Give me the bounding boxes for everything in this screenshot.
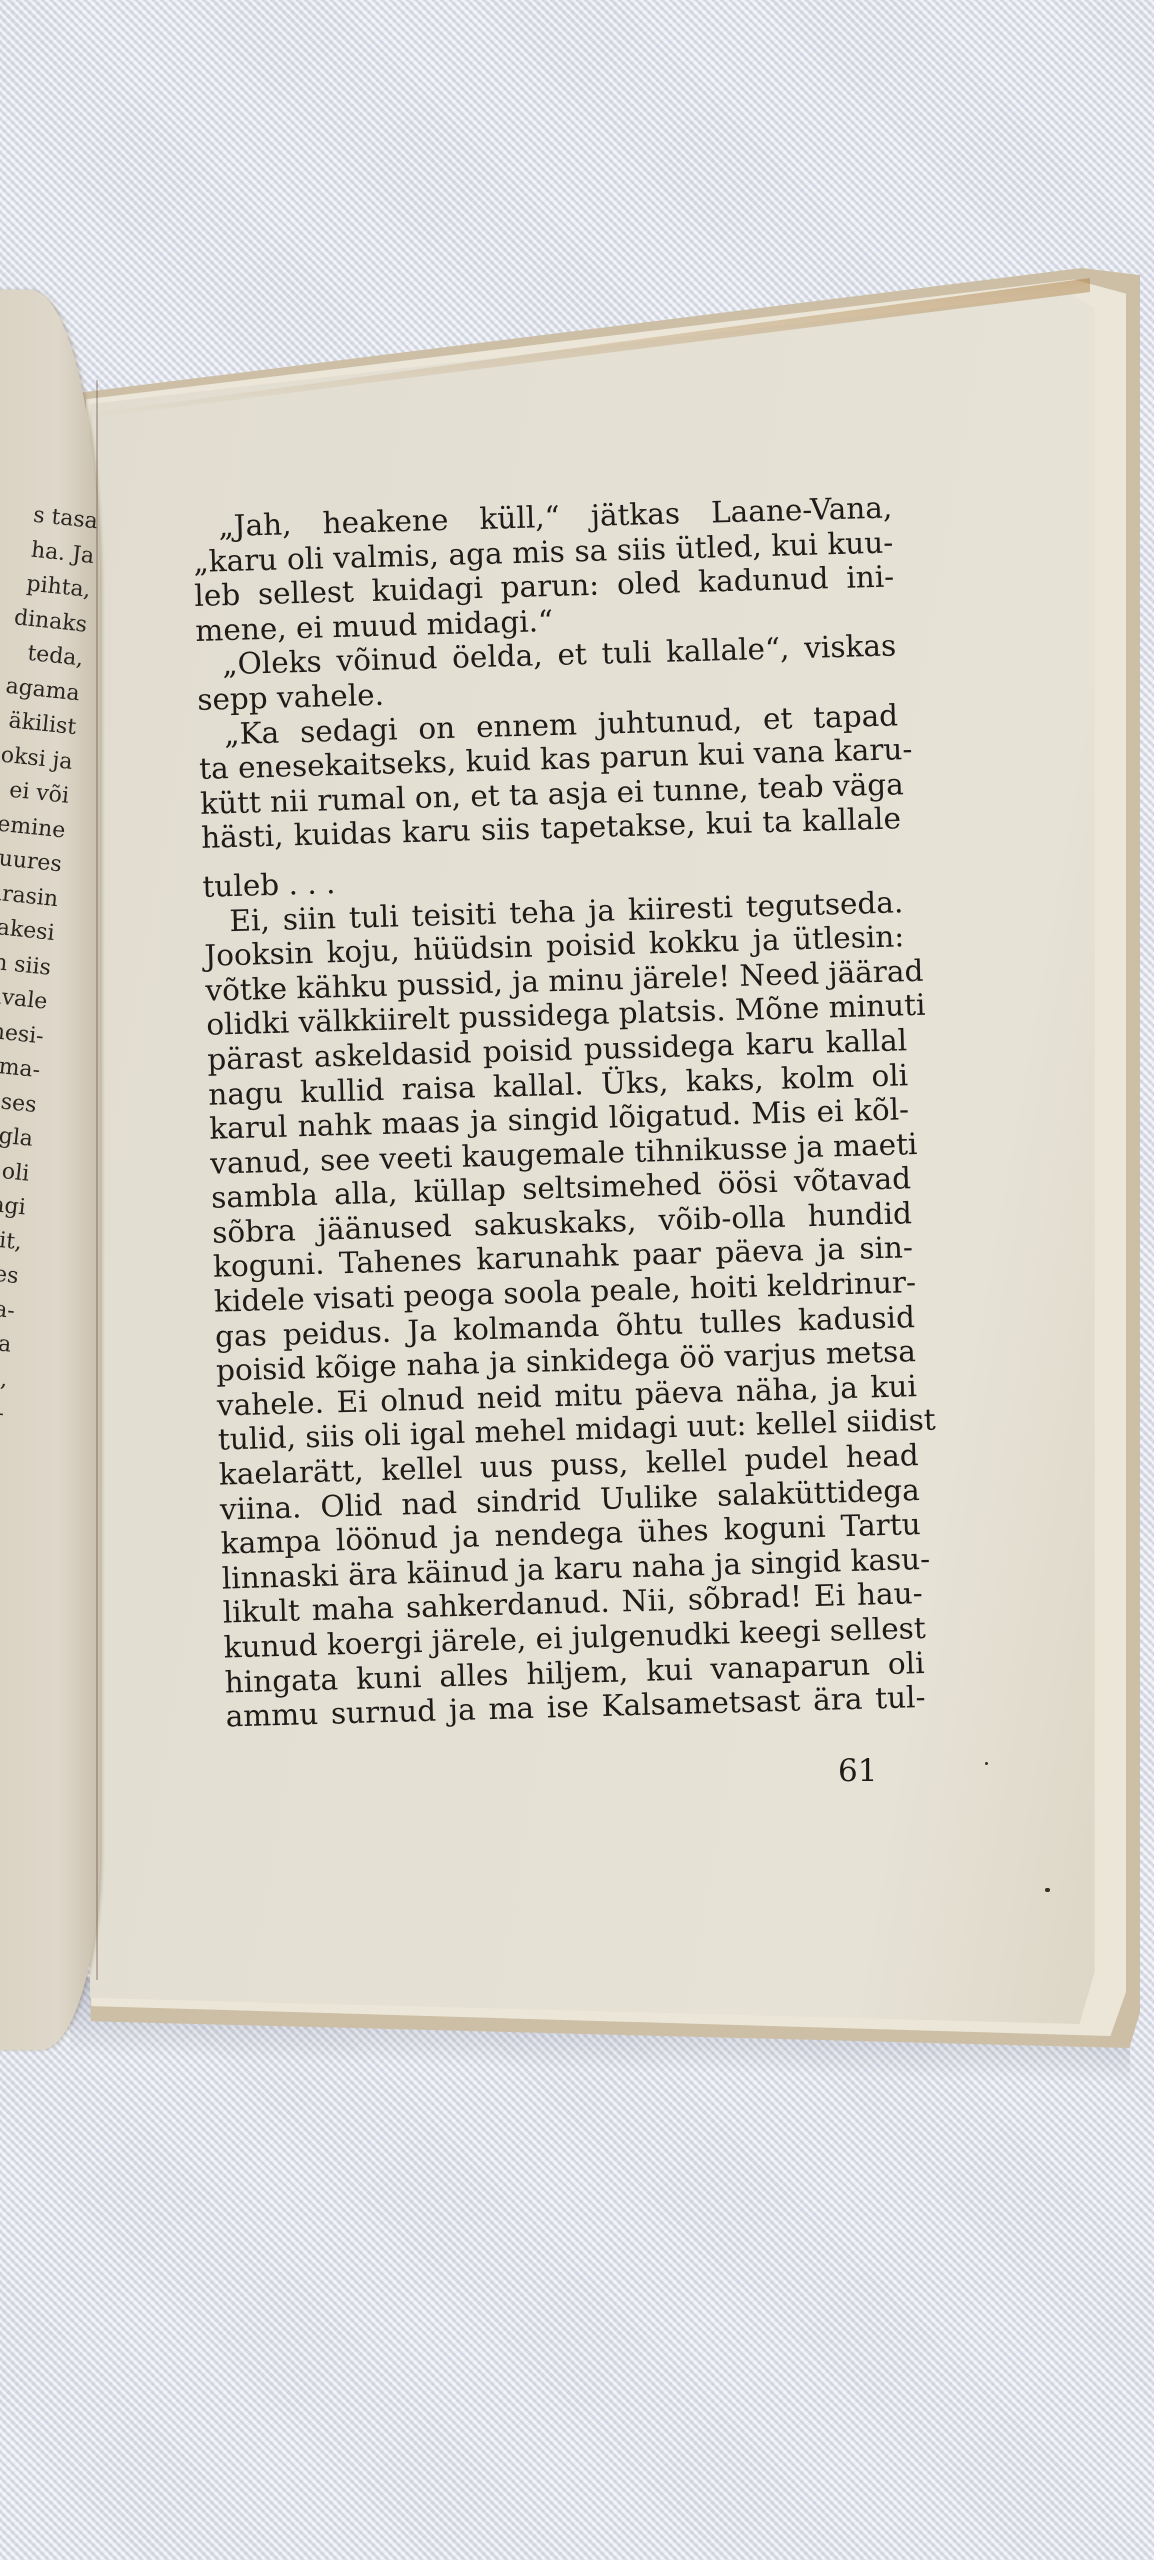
paper-speck bbox=[985, 1762, 988, 1765]
right-page-body-text: „Jah, heakene küll,“ jätkas Laane-Vana, … bbox=[192, 490, 926, 1734]
book-photo-scene: s tasa ha. Ja pihta, dinaks teda, agama … bbox=[0, 0, 1154, 2560]
book-gutter bbox=[96, 380, 98, 1980]
page-number: 61 bbox=[838, 1753, 877, 1789]
paper-speck bbox=[1045, 1888, 1050, 1892]
